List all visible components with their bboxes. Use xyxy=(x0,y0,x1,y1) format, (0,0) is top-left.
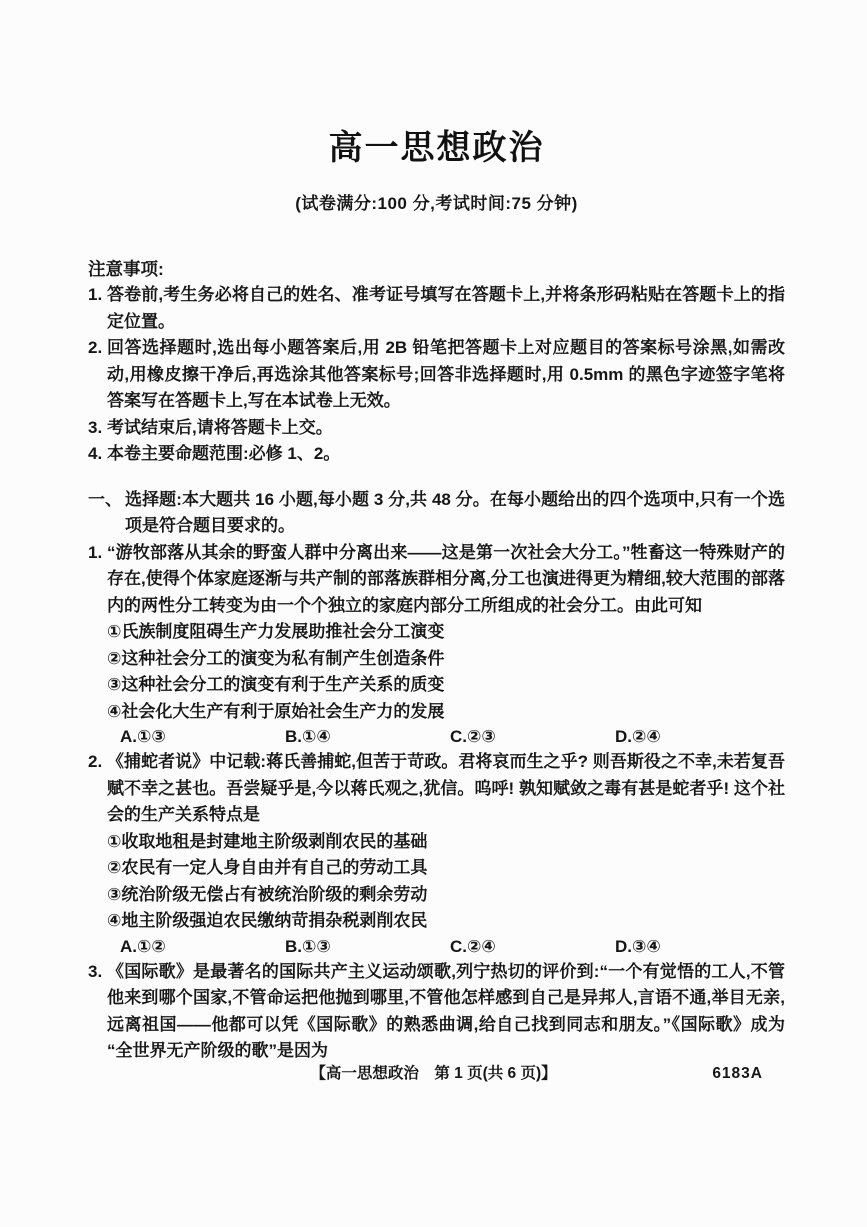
notice-text: 本卷主要命题范围:必修 1、2。 xyxy=(107,441,785,468)
question-stem: 《捕蛇者说》中记载:蒋氏善捕蛇,但苦于苛政。君将哀而生之乎? 则吾斯役之不幸,未… xyxy=(107,749,785,829)
choice-a: A.①② xyxy=(120,935,285,959)
choice-d: D.②④ xyxy=(615,725,780,749)
question-statement-4: ④地主阶级强迫农民缴纳苛捐杂税剥削农民 xyxy=(107,908,785,935)
exam-meta-line: (试卷满分:100 分,考试时间:75 分钟) xyxy=(88,191,785,218)
question-statement-1: ①氏族制度阻碍生产力发展助推社会分工演变 xyxy=(107,619,785,646)
choice-c: C.②④ xyxy=(450,935,615,959)
question-number: 1. xyxy=(88,540,107,567)
notice-number: 2. xyxy=(88,335,107,362)
exam-paper-page: 高一思想政治 (试卷满分:100 分,考试时间:75 分钟) 注意事项: 1. … xyxy=(0,0,867,1227)
notice-text: 考试结束后,请将答题卡上交。 xyxy=(107,415,785,442)
section-header-choice-questions: 一、 选择题:本大题共 16 小题,每小题 3 分,共 48 分。在每小题给出的… xyxy=(88,487,785,540)
question-statement-4: ④社会化大生产有利于原始社会生产力的发展 xyxy=(107,699,785,726)
question-3: 3. 《国际歌》是最著名的国际共产主义运动颂歌,列宁热切的评价到:“一个有觉悟的… xyxy=(88,959,785,1065)
exam-title: 高一思想政治 xyxy=(88,120,785,169)
question-statement-3: ③统治阶级无偿占有被统治阶级的剩余劳动 xyxy=(107,882,785,909)
question-stem: “游牧部落从其余的野蛮人群中分离出来——这是第一次社会大分工。”牲畜这一特殊财产… xyxy=(107,540,785,620)
page-footer: 【高一思想政治 第 1 页(共 6 页)】 6183A xyxy=(0,1062,867,1086)
choice-c: C.②③ xyxy=(450,725,615,749)
question-body: “游牧部落从其余的野蛮人群中分离出来——这是第一次社会大分工。”牲畜这一特殊财产… xyxy=(107,540,785,750)
question-statement-2: ②这种社会分工的演变为私有制产生创造条件 xyxy=(107,646,785,673)
choice-a: A.①③ xyxy=(120,725,285,749)
choice-d: D.③④ xyxy=(615,935,780,959)
notice-item-4: 4. 本卷主要命题范围:必修 1、2。 xyxy=(88,441,785,468)
question-statement-3: ③这种社会分工的演变有利于生产关系的质变 xyxy=(107,672,785,699)
notice-number: 3. xyxy=(88,415,107,442)
notice-text: 答卷前,考生务必将自己的姓名、准考证号填写在答题卡上,并将条形码粘贴在答题卡上的… xyxy=(107,282,785,335)
footer-paper-code: 6183A xyxy=(712,1062,763,1086)
question-stem: 《国际歌》是最著名的国际共产主义运动颂歌,列宁热切的评价到:“一个有觉悟的工人,… xyxy=(107,959,785,1065)
notice-text: 回答选择题时,选出每小题答案后,用 2B 铅笔把答题卡上对应题目的答案标号涂黑,… xyxy=(107,335,785,415)
notice-item-2: 2. 回答选择题时,选出每小题答案后,用 2B 铅笔把答题卡上对应题目的答案标号… xyxy=(88,335,785,415)
answer-choices-row: A.①③ B.①④ C.②③ D.②④ xyxy=(107,725,785,749)
question-number: 3. xyxy=(88,959,107,986)
notice-item-1: 1. 答卷前,考生务必将自己的姓名、准考证号填写在答题卡上,并将条形码粘贴在答题… xyxy=(88,282,785,335)
page-content: 高一思想政治 (试卷满分:100 分,考试时间:75 分钟) 注意事项: 1. … xyxy=(88,0,785,1065)
choice-b: B.①③ xyxy=(285,935,450,959)
question-2: 2. 《捕蛇者说》中记载:蒋氏善捕蛇,但苦于苛政。君将哀而生之乎? 则吾斯役之不… xyxy=(88,749,785,959)
notice-number: 4. xyxy=(88,441,107,468)
choice-b: B.①④ xyxy=(285,725,450,749)
question-body: 《捕蛇者说》中记载:蒋氏善捕蛇,但苦于苛政。君将哀而生之乎? 则吾斯役之不幸,未… xyxy=(107,749,785,959)
section-instructions: 选择题:本大题共 16 小题,每小题 3 分,共 48 分。在每小题给出的四个选… xyxy=(125,487,785,540)
section-number: 一、 xyxy=(88,487,125,514)
question-statement-1: ①收取地租是封建地主阶级剥削农民的基础 xyxy=(107,829,785,856)
notice-item-3: 3. 考试结束后,请将答题卡上交。 xyxy=(88,415,785,442)
question-number: 2. xyxy=(88,749,107,776)
question-statement-2: ②农民有一定人身自由并有自己的劳动工具 xyxy=(107,855,785,882)
question-1: 1. “游牧部落从其余的野蛮人群中分离出来——这是第一次社会大分工。”牲畜这一特… xyxy=(88,540,785,750)
answer-choices-row: A.①② B.①③ C.②④ D.③④ xyxy=(107,935,785,959)
notices-heading: 注意事项: xyxy=(88,256,785,283)
question-body: 《国际歌》是最著名的国际共产主义运动颂歌,列宁热切的评价到:“一个有觉悟的工人,… xyxy=(107,959,785,1065)
notice-number: 1. xyxy=(88,282,107,309)
